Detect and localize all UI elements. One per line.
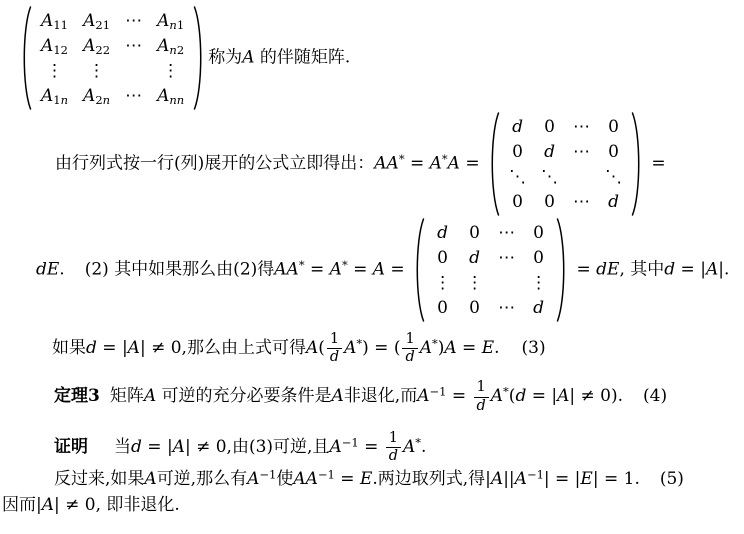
matrix-cell: An2: [157, 34, 184, 58]
matrix-cell: 0: [469, 296, 480, 320]
math-var: AA: [293, 469, 318, 489]
converse-line: 反过来,如果A可逆,那么有A−1使AA−1 = E.两边取列式,得|A||A−1…: [54, 467, 744, 491]
matrix-cell: ⋯: [573, 115, 590, 139]
math-var: d: [86, 338, 97, 358]
matrix-cell: 0: [437, 296, 448, 320]
text-run: 3: [88, 387, 100, 407]
matrix-cell: ⋯: [125, 34, 142, 58]
matrix: d0⋯00d⋯0⋱⋱⋱00⋯d: [488, 112, 643, 216]
math-var: E: [580, 469, 592, 489]
text-run: =: [460, 154, 485, 174]
text-run: 使: [276, 469, 293, 489]
matrix-cell: ⋯: [125, 9, 142, 33]
matrix-cell: d: [533, 296, 544, 320]
fraction-denominator: d: [330, 349, 339, 365]
fraction: 1d: [386, 431, 401, 464]
matrix-grid: d0⋯00d⋯0⋱⋱⋱00⋯d: [500, 112, 631, 216]
matrix-cell: ⋯: [573, 140, 590, 164]
matrix-paren-left-icon: [20, 6, 32, 110]
text-run: =: [385, 260, 410, 280]
math-var: A: [329, 437, 341, 457]
matrix-paren-left-icon: [488, 112, 500, 216]
text-run: 其中如果那么由(2)得: [114, 260, 274, 280]
text-run: 反过来,如果: [54, 469, 144, 489]
math-var: A: [491, 387, 503, 407]
text-run: (: [318, 338, 325, 358]
fraction-denominator: d: [477, 398, 486, 414]
math-var: A: [247, 469, 259, 489]
matrix-cell: A11: [41, 9, 68, 33]
math-var: A: [417, 387, 429, 407]
proof-line: 证明当d = |A| ≠ 0,由(3)可逆,且A−1 = 1dA*.: [54, 431, 744, 464]
subscript: nn: [169, 92, 184, 106]
text-run: = |: [675, 260, 706, 280]
math-var: A: [430, 154, 442, 174]
matrix-cell: ⋮: [162, 59, 179, 83]
math-var: AA: [274, 260, 299, 280]
math-var: A: [344, 338, 356, 358]
continuation-de-line: dE.(2) 其中如果那么由(2)得AA* = A* = A = d0⋯00d⋯…: [36, 218, 744, 322]
text-run: = |: [97, 338, 128, 358]
text-run: 如果: [52, 338, 86, 358]
text-run: .: [421, 437, 426, 457]
matrix-cell: ⋱: [541, 165, 558, 189]
matrix-paren-left-icon: [413, 218, 425, 322]
matrix-cell: d: [608, 190, 619, 214]
text-run: 的伴随矩阵.: [254, 48, 350, 68]
text-run: | = 1.: [593, 469, 640, 489]
matrix-cell: 0: [608, 140, 619, 164]
math-var: A: [557, 387, 569, 407]
math-var: E: [482, 338, 494, 358]
math-var: A: [706, 260, 718, 280]
document-page: A11A21⋯An1A12A22⋯An2⋮⋮⋮A1nA2n⋯Ann称为A 的伴随…: [0, 0, 744, 534]
matrix-cell: d: [512, 115, 523, 139]
text-run: =: [571, 260, 596, 280]
math-var: A: [330, 260, 342, 280]
math-var: A: [403, 437, 415, 457]
text-run: | ≠ 0,: [185, 437, 232, 457]
subscript: n2: [169, 42, 184, 56]
subscript: 22: [95, 42, 110, 56]
matrix-cell: d: [437, 221, 448, 245]
matrix-cell: 0: [544, 190, 555, 214]
text-run: .: [59, 260, 64, 280]
math-var: A: [373, 260, 385, 280]
fraction-numerator: 1: [386, 431, 401, 448]
matrix: d0⋯00d⋯0⋮⋮⋮00⋯d: [413, 218, 568, 322]
text-run: (2): [85, 260, 114, 280]
matrix-cell: ⋮: [434, 271, 451, 295]
matrix-cell: A22: [83, 34, 110, 58]
text-run: .: [494, 338, 499, 358]
superscript: −1: [430, 385, 447, 399]
text-run: 当: [114, 437, 131, 457]
matrix-cell: ⋯: [498, 221, 515, 245]
matrix-cell: A1n: [41, 84, 68, 108]
matrix-grid: A11A21⋯An1A12A22⋯An2⋮⋮⋮A1nA2n⋯Ann: [32, 6, 193, 110]
matrix-cell: A2n: [83, 84, 110, 108]
math-var: A: [173, 437, 185, 457]
math-var: A: [332, 387, 344, 407]
text-run: 两边取列式,得: [378, 469, 485, 489]
math-var: A: [144, 469, 156, 489]
matrix-cell: 0: [437, 246, 448, 270]
text-run: =: [457, 338, 482, 358]
fraction-numerator: 1: [474, 380, 489, 397]
text-run: , 其中: [619, 260, 664, 280]
text-run: 矩阵: [110, 387, 144, 407]
text-run: 因而: [2, 495, 36, 515]
math-var: dE: [36, 260, 59, 280]
math-var: A: [515, 469, 527, 489]
matrix-cell: ⋱: [605, 165, 622, 189]
matrix-grid: d0⋯00d⋯0⋮⋮⋮00⋯d: [425, 218, 556, 322]
math-var: A: [420, 338, 432, 358]
text-run: 可逆,那么有: [157, 469, 247, 489]
matrix-cell: ⋯: [498, 296, 515, 320]
text-run: ) = (: [362, 338, 400, 358]
text-run: 称为: [208, 48, 242, 68]
fraction: 1d: [474, 380, 489, 413]
text-run: =: [446, 387, 471, 407]
adjugate-definition-line: A11A21⋯An1A12A22⋯An2⋮⋮⋮A1nA2n⋯Ann称为A 的伴随…: [17, 6, 744, 110]
text-run: |.: [718, 260, 729, 280]
math-var: dE: [596, 260, 619, 280]
matrix-cell: ⋮: [466, 271, 483, 295]
math-var: AA: [374, 154, 399, 174]
subscript: 11: [53, 17, 68, 31]
expansion-formula-line: 由行列式按一行(列)展开的公式立即得出：AA* = A*A = d0⋯00d⋯0…: [55, 112, 744, 216]
matrix-cell: A21: [83, 9, 110, 33]
fraction-numerator: 1: [402, 332, 417, 349]
fraction-denominator: d: [389, 448, 398, 464]
math-var: A: [42, 495, 54, 515]
text-run: = |: [526, 387, 557, 407]
text-run: =: [646, 154, 666, 174]
text-run: =: [348, 260, 373, 280]
subscript: 12: [53, 42, 68, 56]
text-run: | ≠ 0,: [54, 495, 101, 515]
text-run: 证明: [54, 437, 88, 457]
matrix-paren-right-icon: [193, 6, 205, 110]
fraction-numerator: 1: [327, 332, 342, 349]
text-run: 即非退化.: [101, 495, 180, 515]
superscript: −1: [259, 468, 276, 482]
superscript: −1: [342, 435, 359, 449]
matrix-cell: d: [469, 246, 480, 270]
text-run: =: [305, 260, 330, 280]
document-content: A11A21⋯An1A12A22⋯An2⋮⋮⋮A1nA2n⋯Ann称为A 的伴随…: [0, 6, 744, 517]
matrix-cell: ⋯: [498, 246, 515, 270]
matrix-cell: ⋯: [573, 190, 590, 214]
matrix-cell: Ann: [157, 84, 184, 108]
math-var: d: [131, 437, 142, 457]
text-run: 非退化,而: [344, 387, 417, 407]
subscript: 2n: [95, 92, 110, 106]
matrix-cell: ⋮: [46, 59, 63, 83]
matrix-cell: ⋯: [125, 84, 142, 108]
text-run: =: [405, 154, 430, 174]
subscript: 21: [95, 17, 110, 31]
math-var: A: [444, 338, 456, 358]
fraction: 1d: [327, 332, 342, 365]
math-var: A: [491, 469, 503, 489]
matrix-cell: 0: [533, 221, 544, 245]
fraction-denominator: d: [405, 349, 414, 365]
text-run: ||: [503, 469, 514, 489]
text-run: =: [359, 437, 384, 457]
matrix-cell: 0: [544, 115, 555, 139]
math-var: A: [242, 48, 254, 68]
math-var: A: [128, 338, 140, 358]
matrix-cell: d: [544, 140, 555, 164]
matrix-cell: ⋱: [509, 165, 526, 189]
matrix-cell: 0: [533, 246, 544, 270]
math-var: E: [360, 469, 372, 489]
matrix-paren-right-icon: [631, 112, 643, 216]
superscript: −1: [527, 468, 544, 482]
matrix-cell: 0: [469, 221, 480, 245]
text-run: = |: [142, 437, 173, 457]
math-var: d: [664, 260, 675, 280]
matrix-cell: 0: [512, 140, 523, 164]
text-run: | = |: [544, 469, 581, 489]
equation-3-line: 如果d = |A| ≠ 0,那么由上式可得A(1dA*) = (1dA*)A =…: [52, 332, 744, 365]
matrix-cell: A12: [41, 34, 68, 58]
math-var: A: [306, 338, 318, 358]
matrix-cell: 0: [608, 115, 619, 139]
superscript: −1: [318, 468, 335, 482]
text-run: (3): [522, 338, 546, 358]
matrix-cell: An1: [157, 9, 184, 33]
text-run: 由(3)可逆,且: [232, 437, 329, 457]
matrix: A11A21⋯An1A12A22⋯An2⋮⋮⋮A1nA2n⋯Ann: [20, 6, 205, 110]
text-run: (5): [660, 469, 684, 489]
text-run: 可逆的充分必要条件是: [156, 387, 331, 407]
text-run: | ≠ 0).: [569, 387, 623, 407]
text-run: 那么由上式可得: [187, 338, 306, 358]
math-var: A: [448, 154, 460, 174]
text-run: (4): [643, 387, 667, 407]
theorem-3-line: 定理3矩阵A 可逆的充分必要条件是A非退化,而A−1 = 1dA*(d = |A…: [54, 380, 744, 413]
fraction: 1d: [402, 332, 417, 365]
math-var: A: [144, 387, 156, 407]
subscript: 1n: [53, 92, 68, 106]
subscript: n1: [169, 17, 184, 31]
text-run: =: [335, 469, 360, 489]
text-run: 由行列式按一行(列)展开的公式立即得出：: [55, 154, 374, 174]
matrix-paren-right-icon: [556, 218, 568, 322]
matrix-cell: 0: [512, 190, 523, 214]
math-var: d: [515, 387, 526, 407]
text-run: 定理: [54, 387, 88, 407]
matrix-cell: ⋮: [530, 271, 547, 295]
text-run: | ≠ 0,: [140, 338, 187, 358]
conclusion-line: 因而|A| ≠ 0, 即非退化.: [2, 493, 744, 517]
matrix-cell: ⋮: [88, 59, 105, 83]
